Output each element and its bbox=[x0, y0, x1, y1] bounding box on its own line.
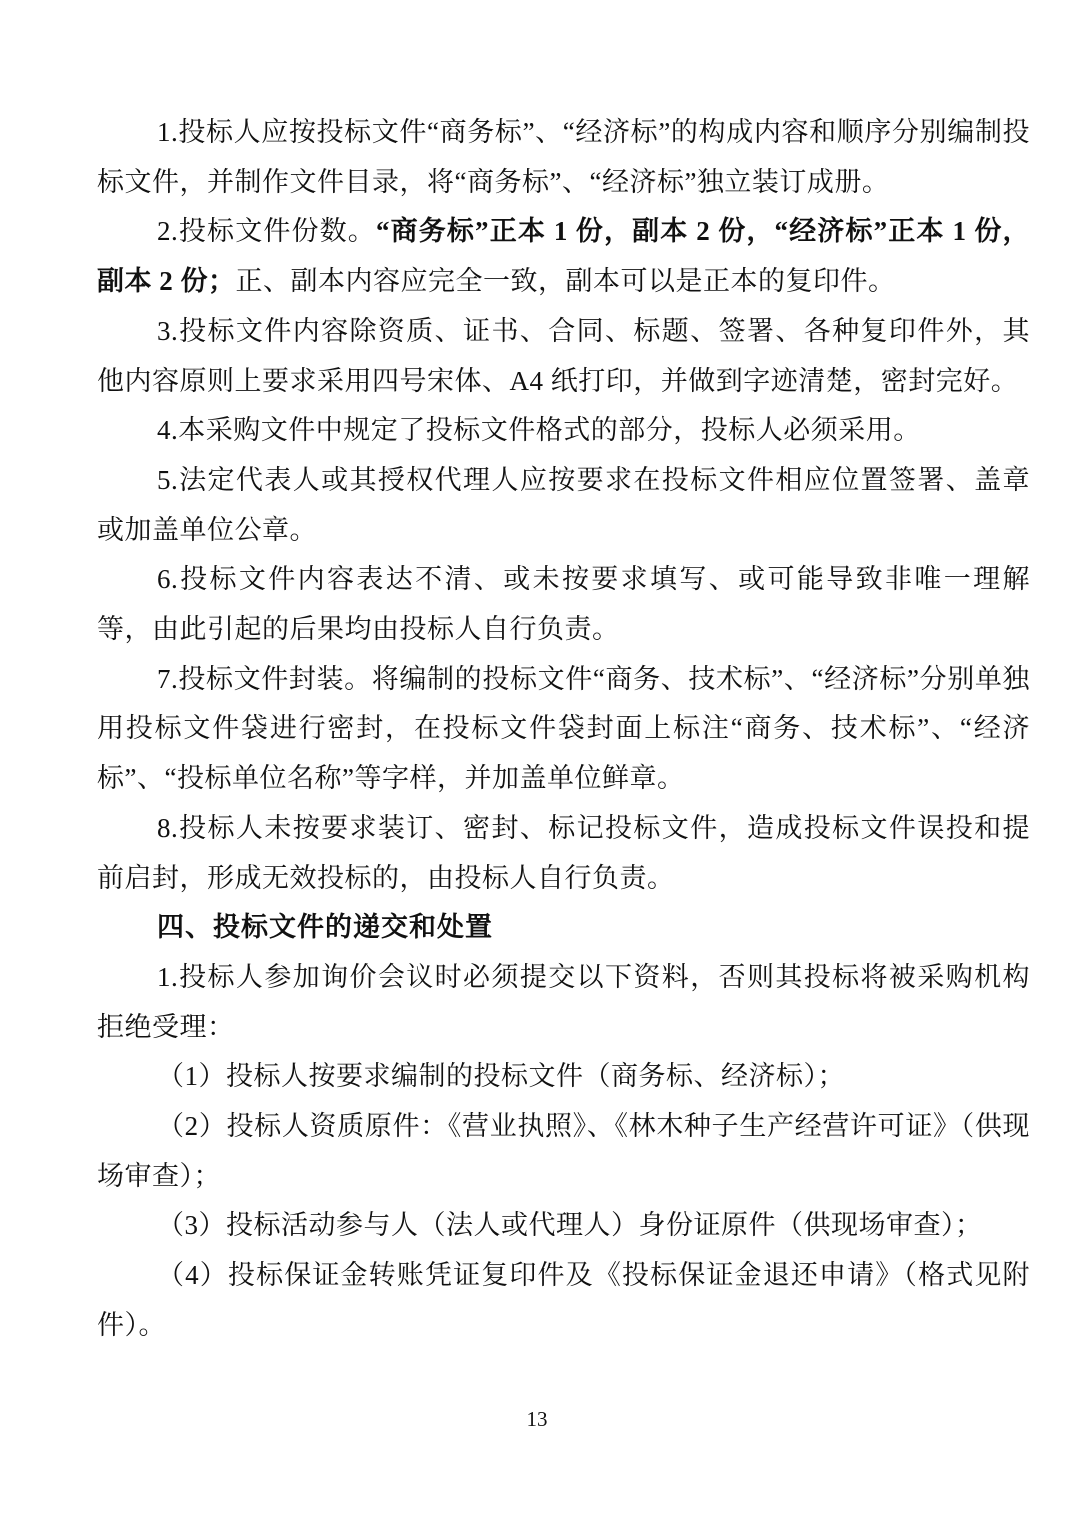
text-run: 四、投标文件的递交和处置 bbox=[157, 912, 493, 942]
text-run: （2）投标人资质原件：《营业执照》、《林木种子生产经营许可证》（供现场审查）； bbox=[97, 1111, 1030, 1191]
paragraph: 4.本采购文件中规定了投标文件格式的部分，投标人必须采用。 bbox=[97, 406, 1030, 456]
text-run: 正、副本内容应完全一致，副本可以是正本的复印件。 bbox=[236, 266, 896, 296]
text-run: （4）投标保证金转账凭证复印件及《投标保证金退还申请》（格式见附件）。 bbox=[97, 1260, 1030, 1340]
document-page: 1.投标人应按投标文件“商务标”、“经济标”的构成内容和顺序分别编制投标文件，并… bbox=[0, 0, 1074, 1520]
paragraph: （4）投标保证金转账凭证复印件及《投标保证金退还申请》（格式见附件）。 bbox=[97, 1251, 1030, 1350]
paragraph: 2.投标文件份数。“商务标”正本 1 份，副本 2 份，“经济标”正本 1 份，… bbox=[97, 207, 1030, 306]
paragraph: （1）投标人按要求编制的投标文件（商务标、经济标）； bbox=[97, 1052, 1030, 1102]
text-run: 1.投标人参加询价会议时必须提交以下资料，否则其投标将被采购机构拒绝受理： bbox=[97, 962, 1030, 1042]
text-run: 8.投标人未按要求装订、密封、标记投标文件，造成投标文件误投和提前启封，形成无效… bbox=[97, 813, 1030, 893]
paragraph: 8.投标人未按要求装订、密封、标记投标文件，造成投标文件误投和提前启封，形成无效… bbox=[97, 804, 1030, 903]
text-run: （3）投标活动参与人（法人或代理人）身份证原件（供现场审查）； bbox=[157, 1210, 983, 1240]
text-run: 4.本采购文件中规定了投标文件格式的部分，投标人必须采用。 bbox=[157, 415, 921, 445]
page-number: 13 bbox=[0, 1405, 1074, 1433]
section-heading: 四、投标文件的递交和处置 bbox=[97, 903, 1030, 953]
paragraph: 3.投标文件内容除资质、证书、合同、标题、签署、各种复印件外，其他内容原则上要求… bbox=[97, 307, 1030, 406]
paragraph: 6.投标文件内容表达不清、或未按要求填写、或可能导致非唯一理解等，由此引起的后果… bbox=[97, 555, 1030, 654]
paragraph: 7.投标文件封装。将编制的投标文件“商务、技术标”、“经济标”分别单独用投标文件… bbox=[97, 655, 1030, 804]
text-run: （1）投标人按要求编制的投标文件（商务标、经济标）； bbox=[157, 1061, 845, 1091]
text-run: 5.法定代表人或其授权代理人应按要求在投标文件相应位置签署、盖章或加盖单位公章。 bbox=[97, 465, 1030, 545]
text-run: 3.投标文件内容除资质、证书、合同、标题、签署、各种复印件外，其他内容原则上要求… bbox=[97, 316, 1030, 396]
text-run: 6.投标文件内容表达不清、或未按要求填写、或可能导致非唯一理解等，由此引起的后果… bbox=[97, 564, 1030, 644]
paragraph: （3）投标活动参与人（法人或代理人）身份证原件（供现场审查）； bbox=[97, 1201, 1030, 1251]
document-body: 1.投标人应按投标文件“商务标”、“经济标”的构成内容和顺序分别编制投标文件，并… bbox=[97, 108, 1030, 1351]
paragraph: 5.法定代表人或其授权代理人应按要求在投标文件相应位置签署、盖章或加盖单位公章。 bbox=[97, 456, 1030, 555]
paragraph: （2）投标人资质原件：《营业执照》、《林木种子生产经营许可证》（供现场审查）； bbox=[97, 1102, 1030, 1201]
paragraph: 1.投标人参加询价会议时必须提交以下资料，否则其投标将被采购机构拒绝受理： bbox=[97, 953, 1030, 1052]
text-run: 7.投标文件封装。将编制的投标文件“商务、技术标”、“经济标”分别单独用投标文件… bbox=[97, 664, 1030, 793]
paragraph: 1.投标人应按投标文件“商务标”、“经济标”的构成内容和顺序分别编制投标文件，并… bbox=[97, 108, 1030, 207]
text-run: 1.投标人应按投标文件“商务标”、“经济标”的构成内容和顺序分别编制投标文件，并… bbox=[97, 117, 1030, 197]
text-run: 2.投标文件份数。 bbox=[157, 216, 376, 246]
